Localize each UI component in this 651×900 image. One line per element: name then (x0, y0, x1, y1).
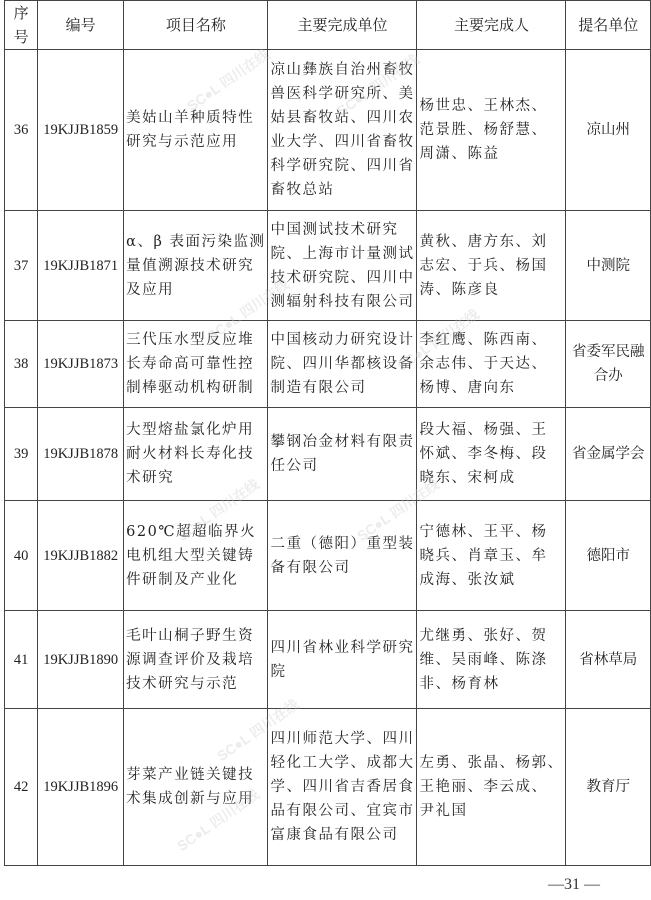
cell-main-persons: 黄秋、唐方东、刘志宏、于兵、杨国涛、陈彦良 (417, 211, 566, 321)
cell-nominator-line: 省金属学会 (568, 442, 648, 466)
cell-project-name-line: 及应用 (126, 278, 265, 302)
cell-project-name-line: 技术研究与示范 (126, 672, 265, 696)
cell-project-name-line: 研究与示范应用 (126, 130, 265, 154)
cell-main-units: 二重（德阳）重型装备有限公司 (268, 501, 417, 611)
cell-seq: 36 (5, 50, 38, 211)
cell-main-units-line: 中国测试技术研究 (270, 218, 414, 242)
cell-project-name-line: 620℃超超临界火 (126, 520, 265, 544)
table-body: 3619KJJB1859美姑山羊种质特性研究与示范应用凉山彝族自治州畜牧兽医科学… (5, 50, 651, 866)
cell-code: 19KJJB1871 (38, 211, 124, 321)
cell-code: 19KJJB1896 (38, 709, 124, 866)
header-main-units: 主要完成单位 (268, 1, 417, 50)
page-number: —31 — (548, 876, 600, 894)
cell-project-name: α、β 表面污染监测量值溯源技术研究及应用 (124, 211, 268, 321)
cell-main-units-line: 四川省林业科学研究 (270, 636, 414, 660)
cell-project-name-line: α、β 表面污染监测 (126, 230, 265, 254)
cell-main-units: 攀钢冶金材料有限责任公司 (268, 408, 417, 501)
cell-main-units-line: 攀钢冶金材料有限责 (270, 430, 414, 454)
cell-main-persons-line: 维、吴雨峰、陈涤 (419, 648, 563, 672)
cell-project-name-line: 芽菜产业链关键技 (126, 763, 265, 787)
cell-main-persons-line: 王艳丽、李云成、 (419, 775, 563, 799)
cell-project-name-line: 术研究 (126, 466, 265, 490)
cell-nominator-line: 中测院 (568, 254, 648, 278)
cell-nominator: 中测院 (566, 211, 651, 321)
cell-main-persons-line: 晓兵、肖章玉、牟 (419, 544, 563, 568)
cell-main-persons: 李红鹰、陈西南、余志伟、于天达、杨博、唐向东 (417, 321, 566, 408)
cell-nominator: 省林草局 (566, 611, 651, 709)
cell-seq: 37 (5, 211, 38, 321)
table-row: 3719KJJB1871α、β 表面污染监测量值溯源技术研究及应用中国测试技术研… (5, 211, 651, 321)
cell-nominator: 省金属学会 (566, 408, 651, 501)
cell-nominator-line: 省委军民融 (568, 340, 648, 364)
cell-project-name-line: 大型熔盐氯化炉用 (126, 418, 265, 442)
cell-nominator-line: 教育厅 (568, 775, 648, 799)
cell-project-name-line: 毛叶山桐子野生资 (126, 624, 265, 648)
cell-nominator-line: 省林草局 (568, 648, 648, 672)
cell-project-name-line: 术集成创新与应用 (126, 787, 265, 811)
cell-main-persons-line: 段大福、杨强、王 (419, 418, 563, 442)
cell-nominator-line: 合办 (568, 364, 648, 388)
cell-main-persons-line: 左勇、张晶、杨郭、 (419, 751, 563, 775)
cell-main-persons: 段大福、杨强、王怀斌、李冬梅、段晓东、宋柯成 (417, 408, 566, 501)
cell-project-name-line: 源调查评价及栽培 (126, 648, 265, 672)
cell-main-units-line: 二重（德阳）重型装 (270, 532, 414, 556)
cell-nominator-line: 德阳市 (568, 544, 648, 568)
cell-main-units-line: 姑县畜牧站、四川农 (270, 106, 414, 130)
cell-main-persons-line: 周潇、陈益 (419, 142, 563, 166)
cell-main-persons-line: 杨世忠、王林杰、 (419, 94, 563, 118)
cell-code: 19KJJB1882 (38, 501, 124, 611)
cell-main-persons-line: 志宏、于兵、杨国 (419, 254, 563, 278)
cell-main-persons-line: 成海、张汝斌 (419, 568, 563, 592)
cell-nominator: 凉山州 (566, 50, 651, 211)
header-code: 编号 (38, 1, 124, 50)
cell-project-name-line: 耐火材料长寿化技 (126, 442, 265, 466)
cell-seq: 38 (5, 321, 38, 408)
table-row: 4019KJJB1882620℃超超临界火电机组大型关键铸件研制及产业化二重（德… (5, 501, 651, 611)
cell-main-units-line: 富康食品有限公司 (270, 823, 414, 847)
cell-project-name: 620℃超超临界火电机组大型关键铸件研制及产业化 (124, 501, 268, 611)
cell-code: 19KJJB1873 (38, 321, 124, 408)
cell-project-name-line: 件研制及产业化 (126, 568, 265, 592)
cell-seq: 40 (5, 501, 38, 611)
cell-main-persons-line: 尹礼国 (419, 799, 563, 823)
cell-main-units-line: 备有限公司 (270, 556, 414, 580)
cell-main-units-line: 任公司 (270, 454, 414, 478)
cell-main-units-line: 院、四川华都核设备 (270, 352, 414, 376)
cell-seq: 41 (5, 611, 38, 709)
header-project-name: 项目名称 (124, 1, 268, 50)
award-projects-table: 序号 编号 项目名称 主要完成单位 主要完成人 提名单位 3619KJJB185… (4, 0, 651, 866)
cell-project-name-line: 制棒驱动机构研制 (126, 376, 265, 400)
table-row: 4219KJJB1896芽菜产业链关键技术集成创新与应用四川师范大学、四川轻化工… (5, 709, 651, 866)
cell-main-units-line: 院 (270, 660, 414, 684)
cell-project-name-line: 三代压水型反应堆 (126, 328, 265, 352)
cell-code: 19KJJB1890 (38, 611, 124, 709)
cell-main-persons-line: 范景胜、杨舒慧、 (419, 118, 563, 142)
cell-main-persons-line: 晓东、宋柯成 (419, 466, 563, 490)
cell-main-units-line: 四川师范大学、四川 (270, 727, 414, 751)
cell-project-name: 大型熔盐氯化炉用耐火材料长寿化技术研究 (124, 408, 268, 501)
cell-project-name: 毛叶山桐子野生资源调查评价及栽培技术研究与示范 (124, 611, 268, 709)
cell-main-units-line: 凉山彝族自治州畜牧 (270, 58, 414, 82)
cell-main-units: 中国测试技术研究院、上海市计量测试技术研究院、四川中测辐射科技有限公司 (268, 211, 417, 321)
header-seq: 序号 (5, 1, 38, 50)
cell-code: 19KJJB1859 (38, 50, 124, 211)
cell-nominator: 教育厅 (566, 709, 651, 866)
cell-seq: 39 (5, 408, 38, 501)
cell-main-units-line: 院、上海市计量测试 (270, 242, 414, 266)
cell-nominator-line: 凉山州 (568, 118, 648, 142)
table-row: 3619KJJB1859美姑山羊种质特性研究与示范应用凉山彝族自治州畜牧兽医科学… (5, 50, 651, 211)
cell-main-persons-line: 尤继勇、张好、贺 (419, 624, 563, 648)
cell-main-units-line: 制造有限公司 (270, 376, 414, 400)
header-main-persons: 主要完成人 (417, 1, 566, 50)
cell-main-units-line: 兽医科学研究所、美 (270, 82, 414, 106)
cell-seq: 42 (5, 709, 38, 866)
cell-project-name: 芽菜产业链关键技术集成创新与应用 (124, 709, 268, 866)
cell-main-units-line: 品有限公司、宜宾市 (270, 799, 414, 823)
cell-main-units: 中国核动力研究设计院、四川华都核设备制造有限公司 (268, 321, 417, 408)
cell-project-name: 美姑山羊种质特性研究与示范应用 (124, 50, 268, 211)
cell-main-persons: 宁德林、王平、杨晓兵、肖章玉、牟成海、张汝斌 (417, 501, 566, 611)
header-nominator: 提名单位 (566, 1, 651, 50)
cell-main-persons: 杨世忠、王林杰、范景胜、杨舒慧、周潇、陈益 (417, 50, 566, 211)
cell-main-persons: 尤继勇、张好、贺维、吴雨峰、陈涤非、杨育林 (417, 611, 566, 709)
cell-project-name-line: 长寿命高可靠性控 (126, 352, 265, 376)
cell-main-persons-line: 宁德林、王平、杨 (419, 520, 563, 544)
cell-main-persons-line: 杨博、唐向东 (419, 376, 563, 400)
cell-main-units: 四川省林业科学研究院 (268, 611, 417, 709)
table-row: 3919KJJB1878大型熔盐氯化炉用耐火材料长寿化技术研究攀钢冶金材料有限责… (5, 408, 651, 501)
cell-project-name-line: 量值溯源技术研究 (126, 254, 265, 278)
cell-project-name: 三代压水型反应堆长寿命高可靠性控制棒驱动机构研制 (124, 321, 268, 408)
cell-main-units-line: 中国核动力研究设计 (270, 328, 414, 352)
cell-main-persons-line: 非、杨育林 (419, 672, 563, 696)
cell-main-units: 凉山彝族自治州畜牧兽医科学研究所、美姑县畜牧站、四川农业大学、四川省畜牧科学研究… (268, 50, 417, 211)
cell-project-name-line: 电机组大型关键铸 (126, 544, 265, 568)
cell-nominator: 省委军民融合办 (566, 321, 651, 408)
cell-main-persons-line: 黄秋、唐方东、刘 (419, 230, 563, 254)
cell-main-units-line: 畜牧总站 (270, 178, 414, 202)
cell-main-units-line: 科学研究院、四川省 (270, 154, 414, 178)
cell-main-units-line: 技术研究院、四川中 (270, 266, 414, 290)
cell-main-units-line: 轻化工大学、成都大 (270, 751, 414, 775)
cell-main-persons-line: 李红鹰、陈西南、 (419, 328, 563, 352)
cell-nominator: 德阳市 (566, 501, 651, 611)
cell-main-persons-line: 怀斌、李冬梅、段 (419, 442, 563, 466)
cell-main-persons-line: 涛、陈彦良 (419, 278, 563, 302)
cell-main-persons: 左勇、张晶、杨郭、王艳丽、李云成、尹礼国 (417, 709, 566, 866)
cell-project-name-line: 美姑山羊种质特性 (126, 106, 265, 130)
cell-main-units-line: 学、四川省吉香居食 (270, 775, 414, 799)
cell-code: 19KJJB1878 (38, 408, 124, 501)
table-header-row: 序号 编号 项目名称 主要完成单位 主要完成人 提名单位 (5, 1, 651, 50)
cell-main-units: 四川师范大学、四川轻化工大学、成都大学、四川省吉香居食品有限公司、宜宾市富康食品… (268, 709, 417, 866)
table-row: 3819KJJB1873三代压水型反应堆长寿命高可靠性控制棒驱动机构研制中国核动… (5, 321, 651, 408)
cell-main-persons-line: 余志伟、于天达、 (419, 352, 563, 376)
table-row: 4119KJJB1890毛叶山桐子野生资源调查评价及栽培技术研究与示范四川省林业… (5, 611, 651, 709)
cell-main-units-line: 测辐射科技有限公司 (270, 290, 414, 314)
cell-main-units-line: 业大学、四川省畜牧 (270, 130, 414, 154)
